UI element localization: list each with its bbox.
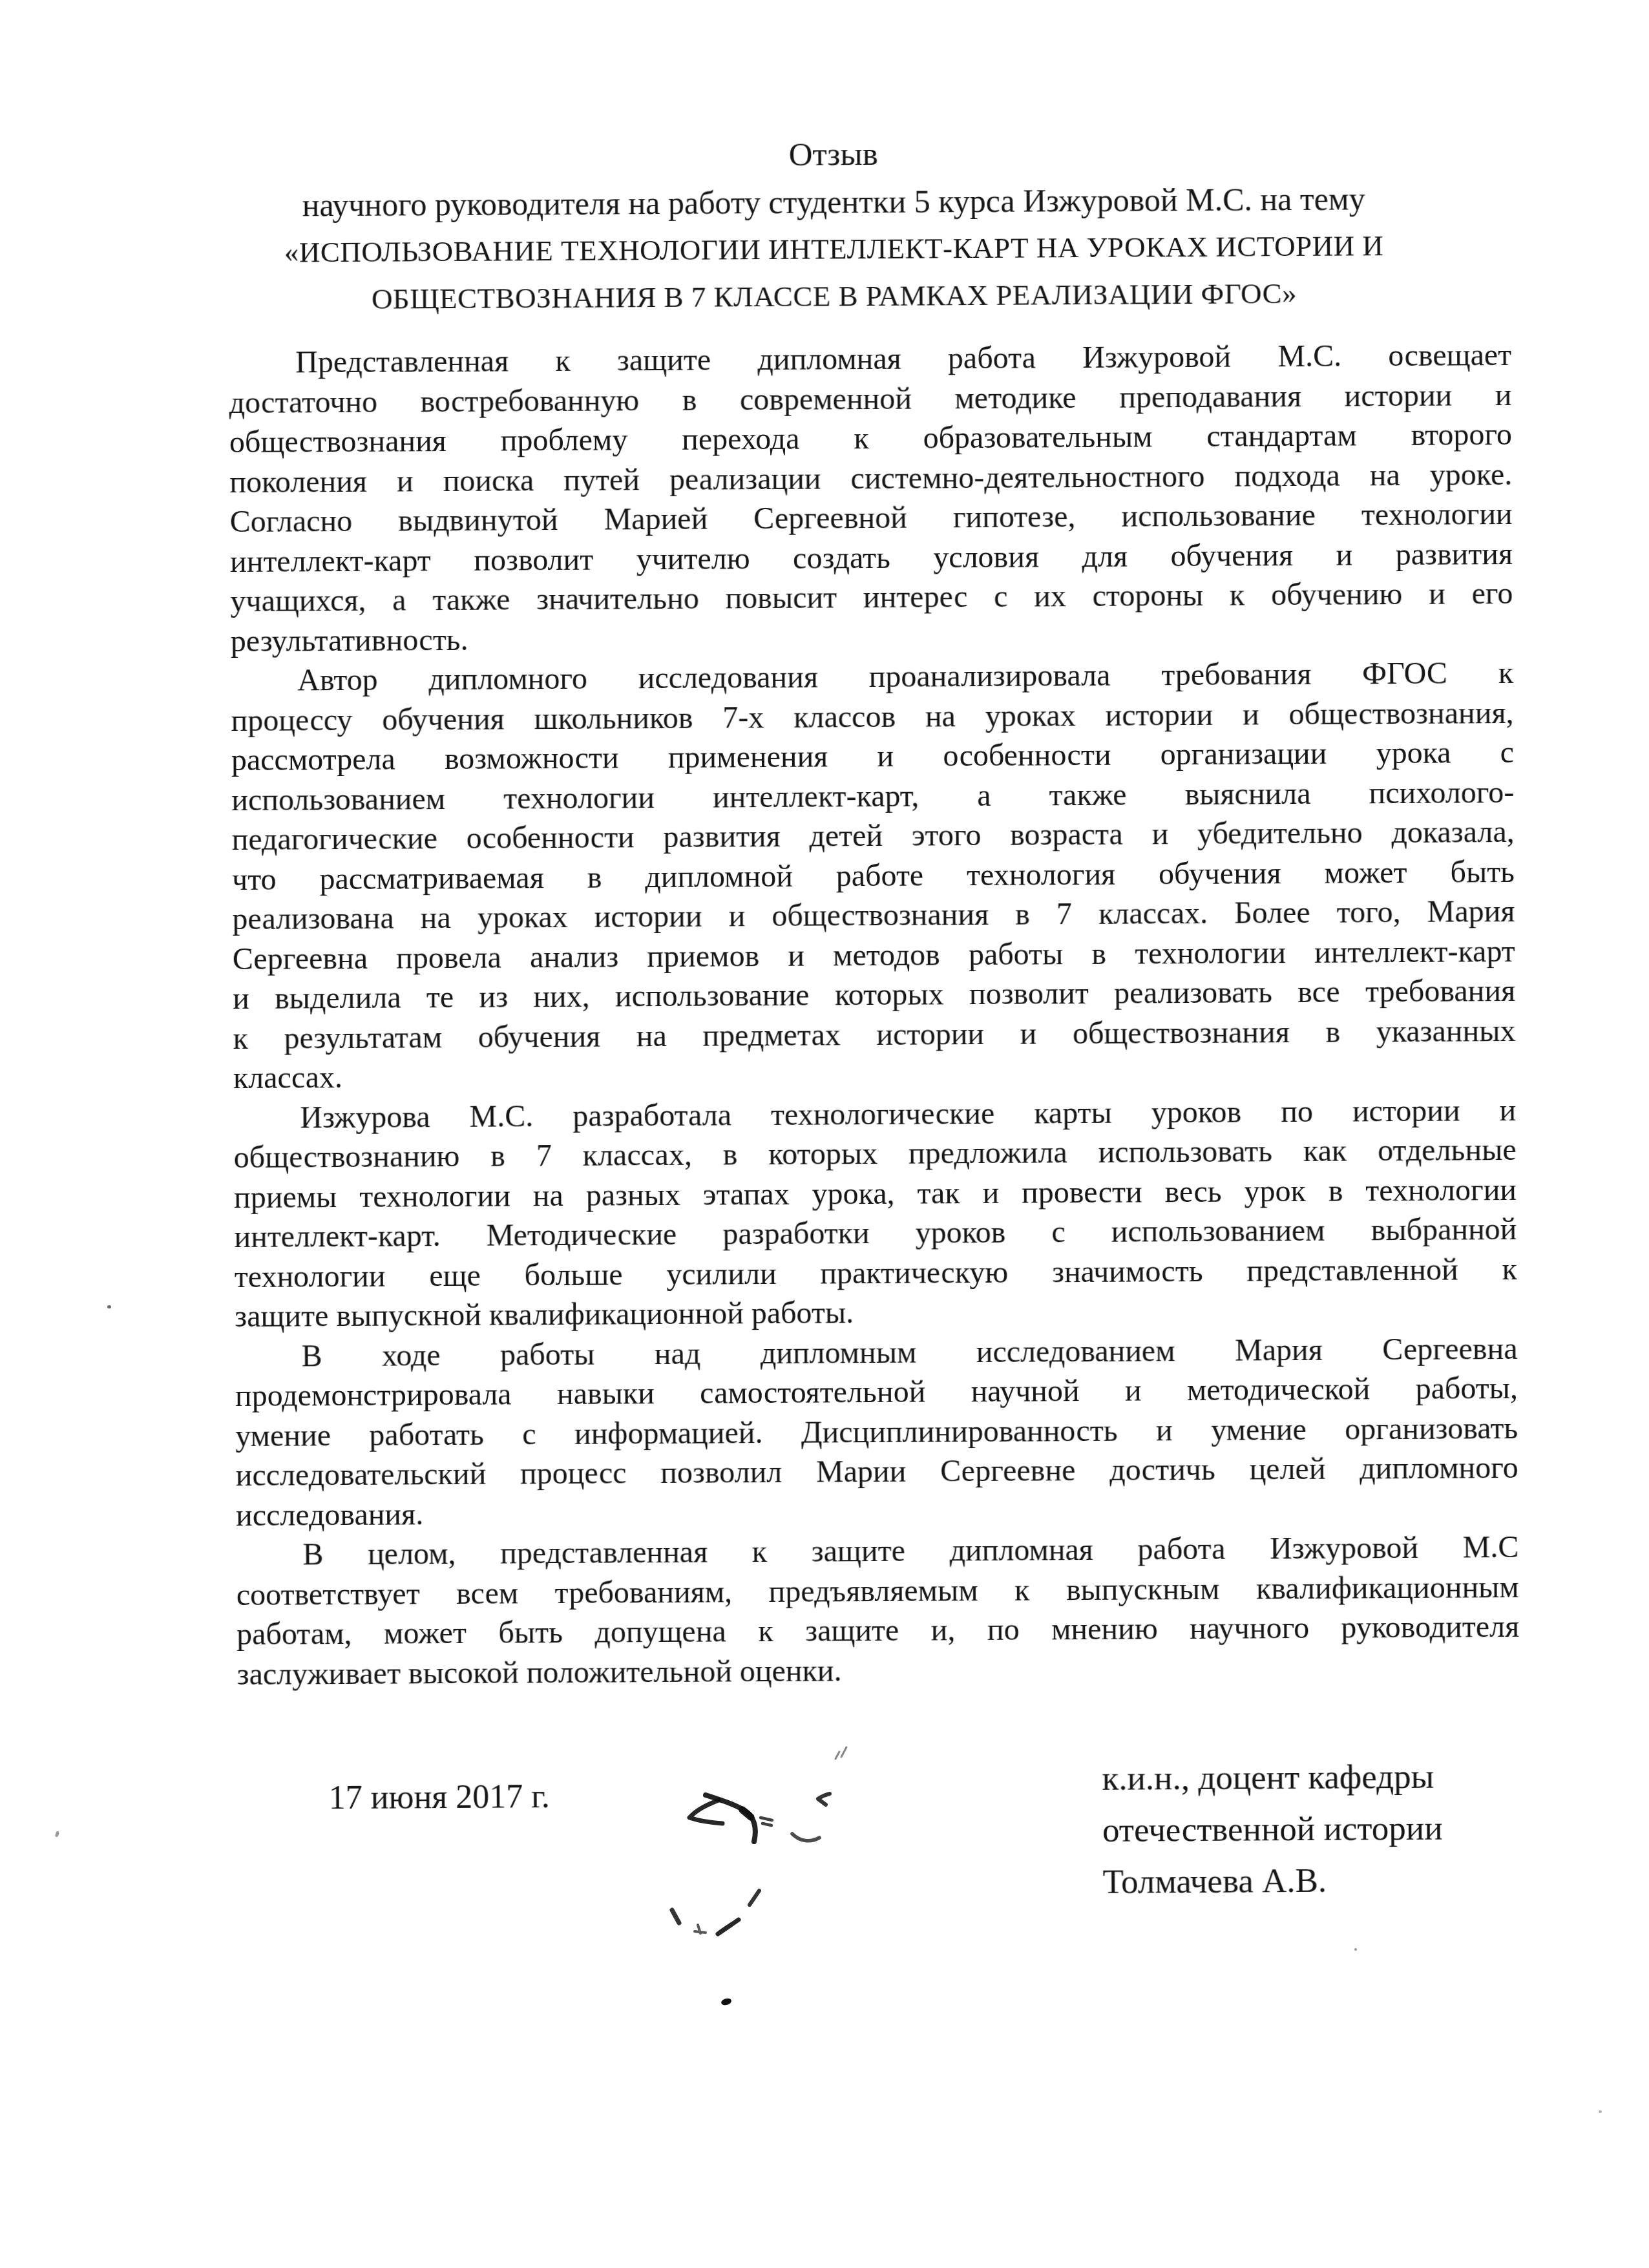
paragraph-line: к результатам обучения на предметах исто… xyxy=(233,1011,1515,1058)
scan-speck xyxy=(1354,1948,1357,1951)
heading-line-theme-2: ОБЩЕСТВОЗНАНИЯ В 7 КЛАССЕ В РАМКАХ РЕАЛИ… xyxy=(228,269,1440,324)
signature-stray-tick xyxy=(835,1747,846,1759)
heading-line-subtitle: научного руководителя на работу студентк… xyxy=(227,175,1439,229)
paragraph-line: Представленная к защите дипломная работа… xyxy=(229,335,1511,383)
paragraph-line: интеллект-карт. Методические разработки … xyxy=(234,1210,1517,1257)
signature-arrow-tick xyxy=(818,1794,830,1805)
signature-chevron-stroke xyxy=(689,1800,722,1823)
paragraph-line: исследовательский процесс позволил Марии… xyxy=(236,1448,1518,1496)
signature-knot xyxy=(742,1810,751,1817)
signer-department-line: отечественной истории xyxy=(1102,1803,1443,1856)
document-heading: Отзыв научного руководителя на работу ст… xyxy=(227,127,1511,324)
signature-swoosh-mid xyxy=(718,1920,739,1934)
paragraph-line: педагогические особенности развития дете… xyxy=(231,812,1514,860)
document-title: Отзыв xyxy=(227,128,1439,182)
paragraph-line: обществознанию в 7 классах, в которых пр… xyxy=(233,1130,1516,1178)
paragraph-line: рассмотрела возможности применения и осо… xyxy=(231,733,1514,781)
paragraph-line: Автор дипломного исследования проанализи… xyxy=(231,653,1513,701)
paragraph-line: В целом, представленная к защите дипломн… xyxy=(236,1528,1518,1575)
heading-line-theme-1: «ИСПОЛЬЗОВАНИЕ ТЕХНОЛОГИИ ИНТЕЛЛЕКТ-КАРТ… xyxy=(228,222,1440,277)
handwritten-signature xyxy=(646,1738,905,2022)
scan-speck xyxy=(55,1831,60,1837)
signer-name: Толмачева А.В. xyxy=(1102,1854,1443,1908)
paragraph-line: Согласно выдвинутой Марией Сергеевной ги… xyxy=(229,494,1512,542)
signature-dashes xyxy=(761,1818,772,1825)
date: 17 июня 2017 г. xyxy=(329,1778,550,1818)
paragraph-line: работам, может быть допущена к защите и,… xyxy=(236,1607,1519,1655)
ink-dot xyxy=(720,1997,732,2006)
document-body: Представленная к защите дипломная работа… xyxy=(229,335,1520,1694)
paragraph-line: продемонстрировала навыки самостоятельно… xyxy=(235,1369,1518,1416)
signature-swoosh-left xyxy=(672,1910,679,1923)
signature-arc xyxy=(792,1834,819,1841)
paragraph-line: обществознания проблему перехода к образ… xyxy=(229,415,1512,463)
scan-speck xyxy=(107,1305,111,1308)
paragraph-line: и выделила те из них, использование кото… xyxy=(233,971,1515,1019)
scanned-review-page: Отзыв научного руководителя на работу ст… xyxy=(0,0,1649,2268)
paragraph-line: реализована на уроках истории и общество… xyxy=(232,892,1515,940)
scan-speck xyxy=(1599,2110,1602,2113)
signature-swoosh-right xyxy=(750,1891,759,1905)
signature-tick-marks xyxy=(695,1925,706,1933)
signer-degree-line: к.и.н., доцент кафедры xyxy=(1102,1751,1442,1805)
paragraph-line: учащихся, а также значительно повысит ин… xyxy=(230,574,1513,622)
signer-credentials: к.и.н., доцент кафедры отечественной ист… xyxy=(1102,1751,1443,1908)
paragraph-line: технологии еще больше усилили практическ… xyxy=(235,1249,1517,1297)
